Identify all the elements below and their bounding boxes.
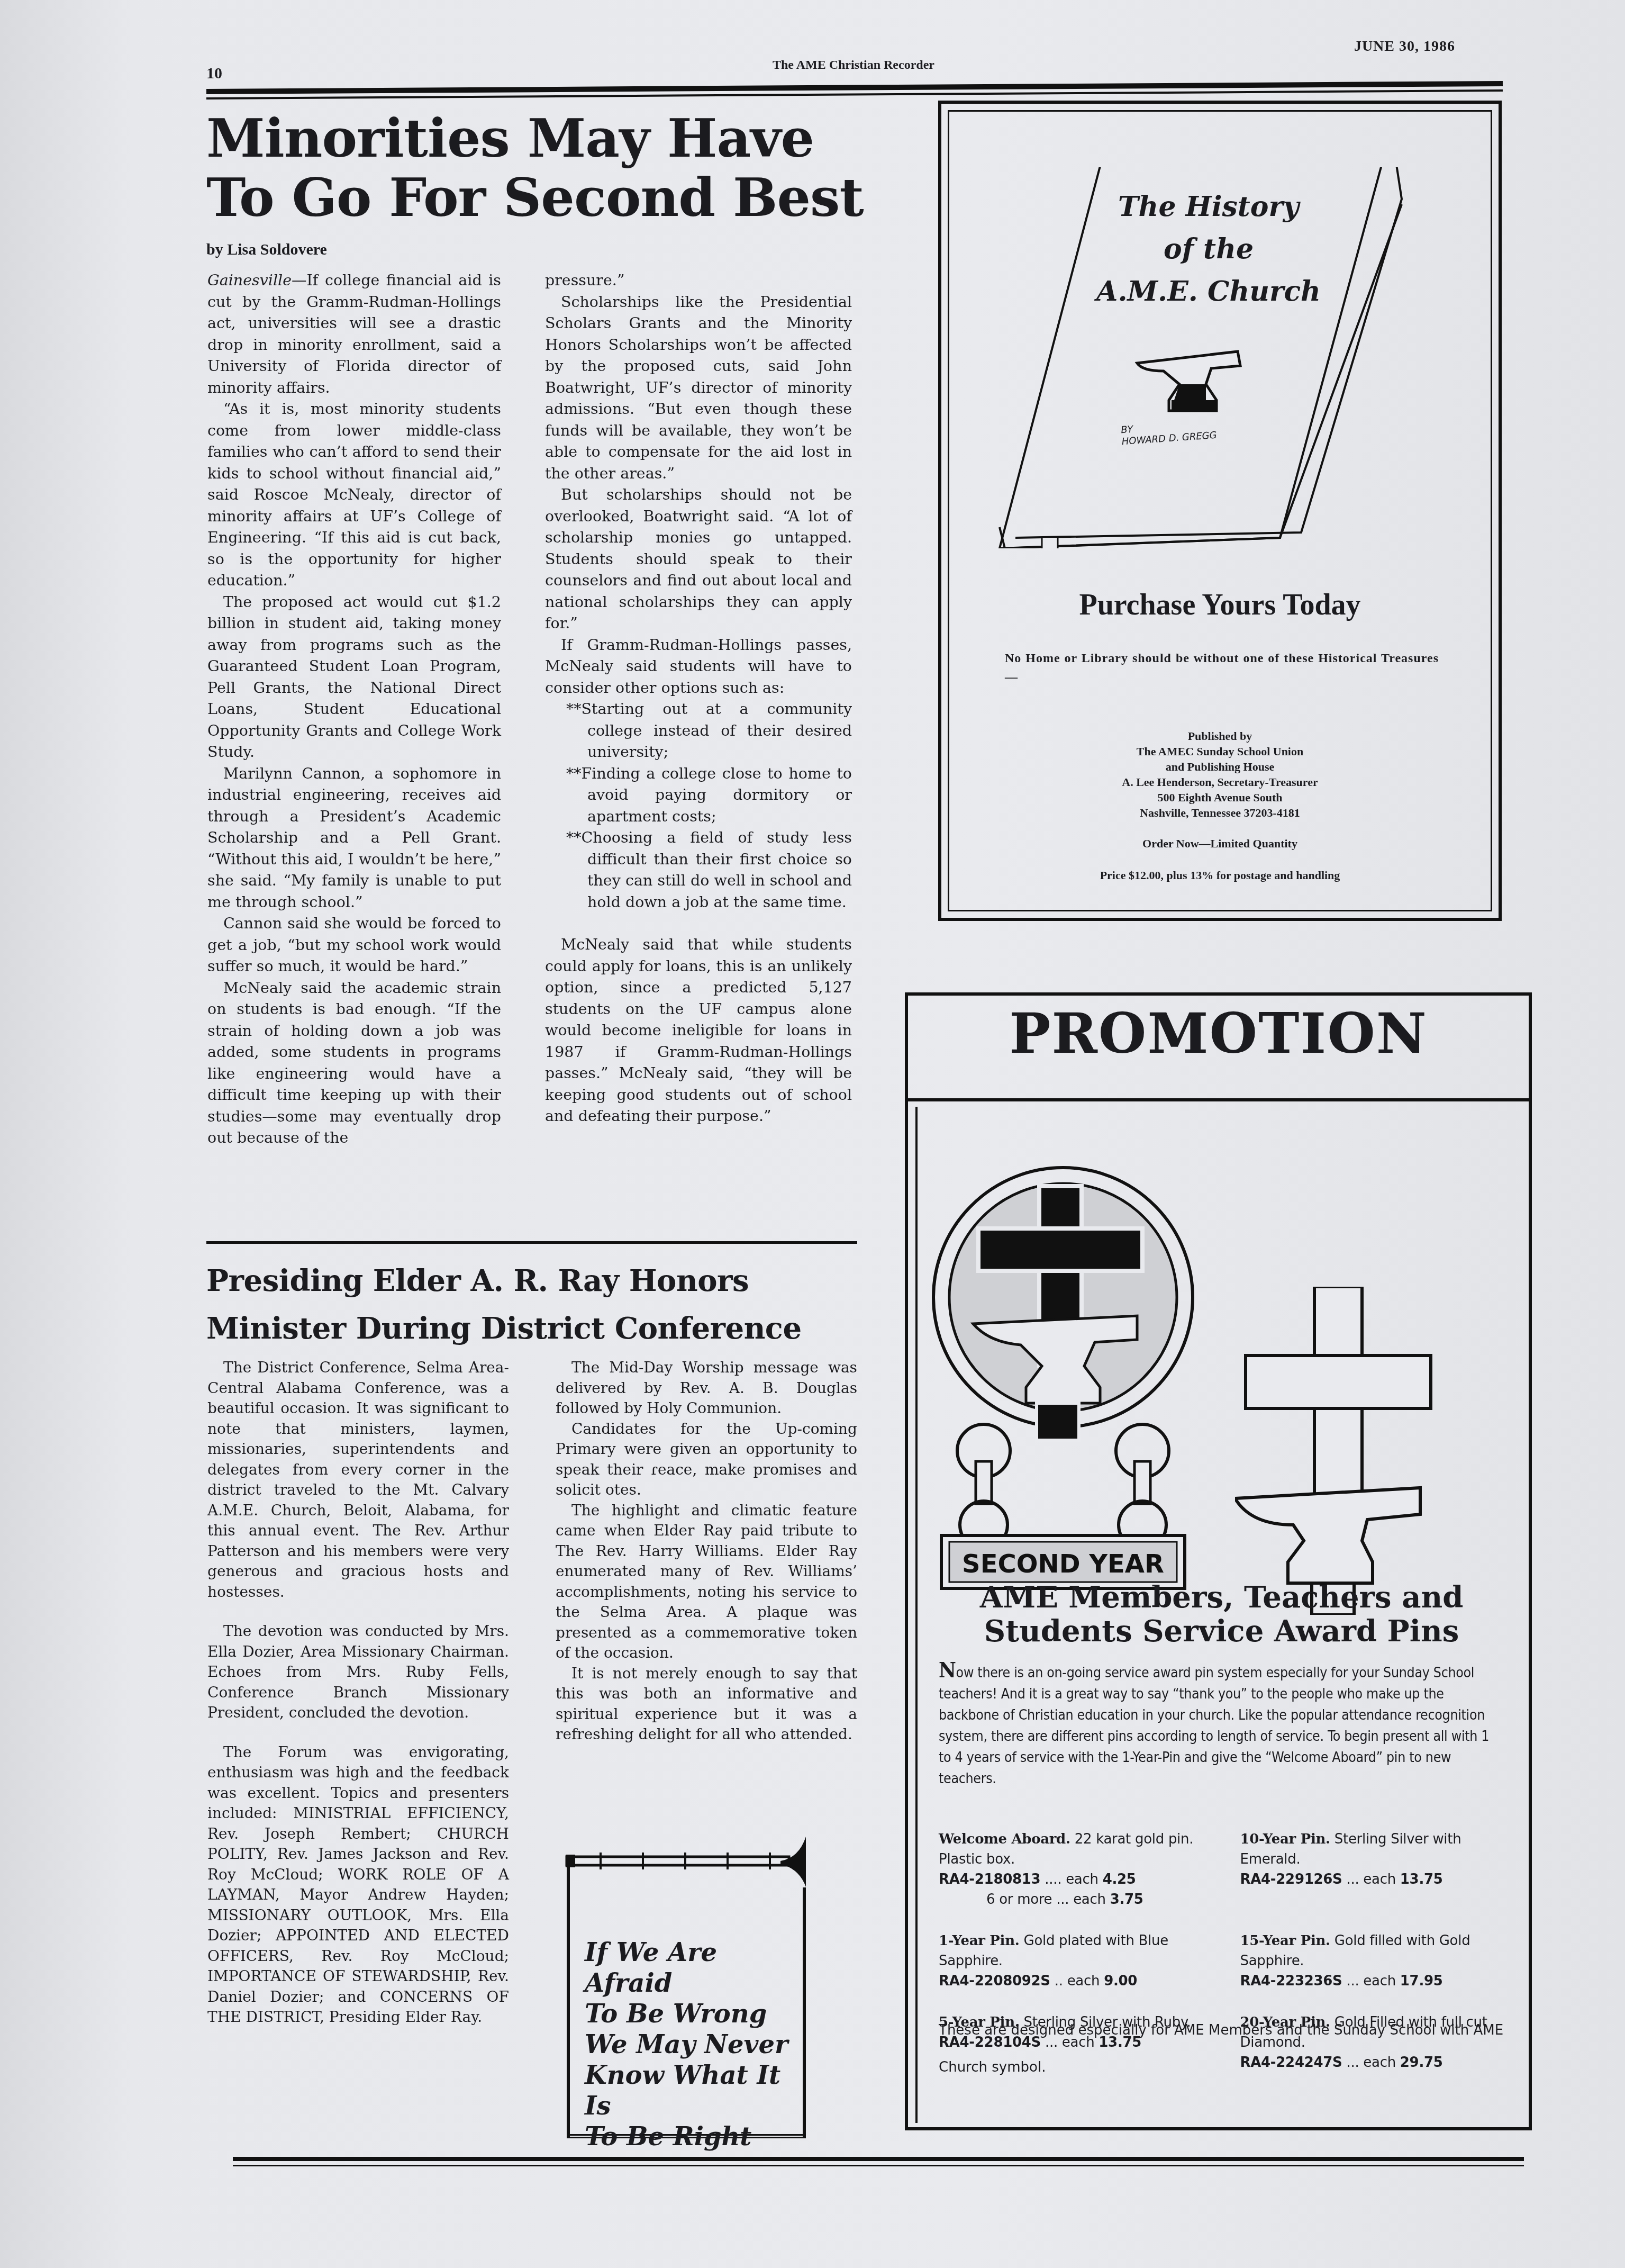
dateline: Gainesville bbox=[207, 272, 292, 289]
pin-note: These are designed especially for AME Me… bbox=[939, 2012, 1504, 2086]
section-divider bbox=[206, 1241, 857, 1244]
article1-paragraph: “As it is, most minority students come f… bbox=[207, 399, 501, 592]
article1-paragraph: Scholarships like the Presidential Schol… bbox=[545, 292, 852, 485]
footer-rule-thick bbox=[233, 2157, 1524, 2161]
quote-text: If We Are Afraid To Be Wrong We May Neve… bbox=[585, 1937, 807, 2152]
cross-anvil-pin-icon bbox=[1235, 1287, 1457, 1615]
article2-paragraph: The devotion was conducted by Mrs. Ella … bbox=[207, 1621, 509, 1723]
book-advertisement: The History of the A.M.E. Church BY HOWA… bbox=[938, 101, 1502, 921]
article1-paragraph: pressure.” bbox=[545, 270, 852, 292]
promotion-header: PROMOTION bbox=[908, 996, 1529, 1101]
promotion-title: PROMOTION bbox=[908, 1001, 1529, 1066]
book-title: The History of the A.M.E. Church bbox=[1090, 186, 1328, 313]
masthead: 10 The AME Christian Recorder JUNE 30, 1… bbox=[206, 32, 1455, 90]
options-list: **Starting out at a community college in… bbox=[566, 699, 852, 913]
promotion-heading: AME Members, Teachers and Students Servi… bbox=[928, 1580, 1515, 1648]
trumpet-banner-icon bbox=[564, 1831, 812, 1895]
article2-paragraph: The District Conference, Selma Area-Cent… bbox=[207, 1358, 509, 1602]
article1-byline: by Lisa Soldovere bbox=[206, 241, 327, 259]
article2-paragraph: The Forum was envigorating, enthusiasm w… bbox=[207, 1742, 509, 2028]
medal-label: SECOND YEAR bbox=[962, 1549, 1164, 1579]
book-price: Price $12.00, plus 13% for postage and h… bbox=[941, 869, 1499, 882]
pin-item-10-year: 10-Year Pin. Sterling Silver with Emeral… bbox=[1240, 1829, 1510, 1910]
pin-item-welcome-aboard: Welcome Aboard. 22 karat gold pin. Plast… bbox=[939, 1829, 1209, 1910]
article1-lead-paragraph: Gainesville—If college financial aid is … bbox=[207, 270, 501, 399]
article2-column2: The Mid-Day Worship message was delivere… bbox=[556, 1358, 857, 1745]
options-list-item: **Choosing a field of study less difficu… bbox=[566, 827, 852, 913]
purchase-tagline: No Home or Library should be without one… bbox=[1005, 649, 1439, 687]
article1-closing-paragraph: McNealy said that while students could a… bbox=[545, 934, 852, 1127]
article2-paragraph: It is not merely enough to say that this… bbox=[556, 1664, 857, 1745]
quote-box: If We Are Afraid To Be Wrong We May Neve… bbox=[564, 1831, 870, 2141]
purchase-headline: Purchase Yours Today bbox=[941, 588, 1499, 622]
pin-item-1-year: 1-Year Pin. Gold plated with Blue Sapphi… bbox=[939, 1931, 1209, 1991]
article1-column2: pressure.” Scholarships like the Preside… bbox=[545, 270, 852, 1127]
order-now: Order Now—Limited Quantity bbox=[941, 837, 1499, 851]
article2-column1: The District Conference, Selma Area-Cent… bbox=[207, 1358, 509, 2028]
medal-icon: SECOND YEAR bbox=[931, 1165, 1217, 1625]
article1-paragraph: If Gramm-Rudman-Hollings passes, McNealy… bbox=[545, 635, 852, 699]
article1-paragraph: But scholarships should not be overlooke… bbox=[545, 484, 852, 635]
article1-headline: Minorities May Have To Go For Second Bes… bbox=[206, 109, 894, 227]
article1-paragraph: The proposed act would cut $1.2 billion … bbox=[207, 592, 501, 763]
article2-headline: Presiding Elder A. R. Ray Honors Ministe… bbox=[206, 1257, 873, 1352]
issue-date: JUNE 30, 1986 bbox=[1354, 38, 1455, 55]
newspaper-name: The AME Christian Recorder bbox=[773, 58, 934, 73]
options-list-item: **Starting out at a community college in… bbox=[566, 699, 852, 763]
article1-paragraph: McNealy said the academic strain on stud… bbox=[207, 978, 501, 1149]
footer-rule-thin bbox=[233, 2165, 1524, 2166]
article1-paragraph: Marilynn Cannon, a sophomore in industri… bbox=[207, 763, 501, 914]
pin-item-15-year: 15-Year Pin. Gold filled with Gold Sapph… bbox=[1240, 1931, 1510, 1991]
promotion-body: Now there is an on-going service award p… bbox=[939, 1660, 1504, 1790]
newspaper-page: 10 The AME Christian Recorder JUNE 30, 1… bbox=[0, 0, 1625, 2268]
article2-paragraph: The Mid-Day Worship message was delivere… bbox=[556, 1358, 857, 1419]
publisher-info: Published by The AMEC Sunday School Unio… bbox=[941, 728, 1499, 820]
promotion-advertisement: PROMOTION SECOND YEAR bbox=[905, 992, 1532, 2130]
article2-paragraph: The highlight and climatic feature came … bbox=[556, 1501, 857, 1664]
article1-column1: Gainesville—If college financial aid is … bbox=[207, 270, 501, 1149]
article2-paragraph: Candidates for the Up-coming Primary wer… bbox=[556, 1419, 857, 1501]
page-number: 10 bbox=[206, 65, 222, 83]
anvil-icon bbox=[1132, 347, 1248, 416]
options-list-item: **Finding a college close to home to avo… bbox=[566, 763, 852, 828]
article1-paragraph: Cannon said she would be forced to get a… bbox=[207, 913, 501, 978]
